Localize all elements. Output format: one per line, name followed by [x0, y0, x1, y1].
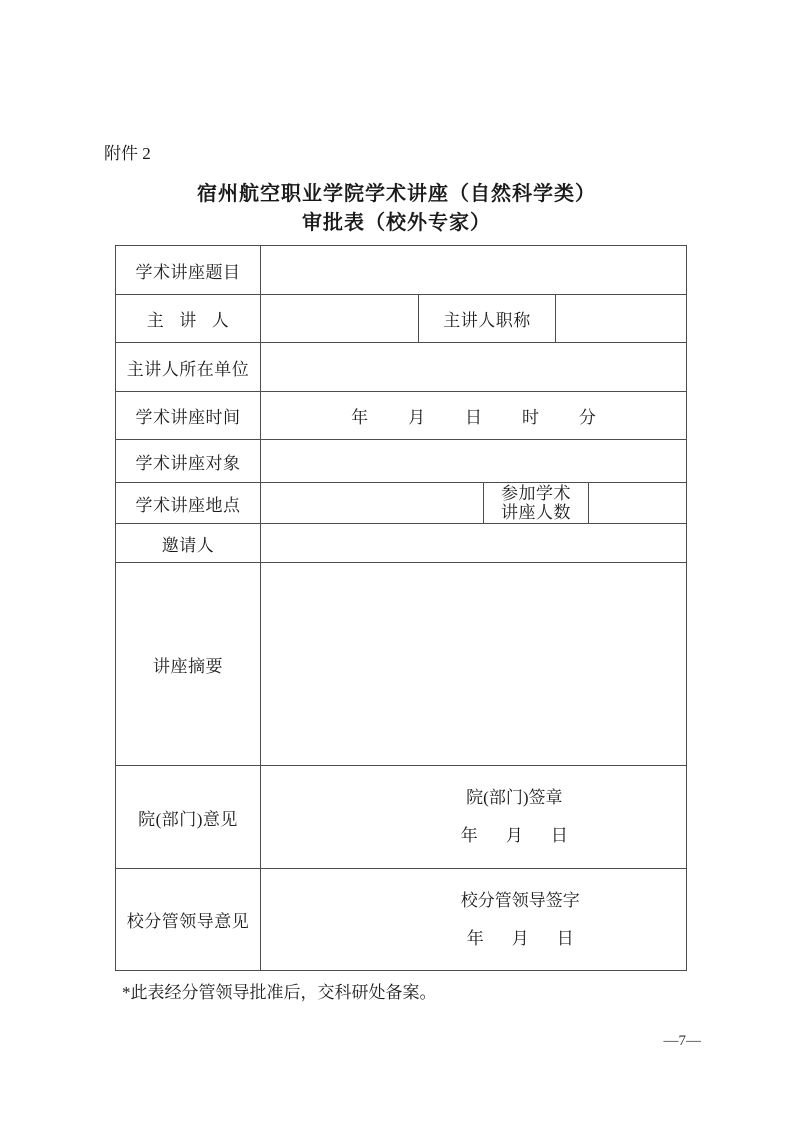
- document-title: 宿州航空职业学院学术讲座（自然科学类） 审批表（校外专家）: [0, 180, 793, 238]
- dept-opinion-field: 院(部门)签章 年 月 日: [261, 766, 687, 869]
- attendees-field: [589, 483, 687, 524]
- speaker-title-label: 主讲人职称: [419, 295, 556, 343]
- dept-sign-block: 院(部门)签章 年 月 日: [461, 788, 568, 846]
- attendees-label-line-2: 讲座人数: [484, 503, 588, 522]
- row-lecture-time: 学术讲座时间 年 月 日 时 分: [116, 392, 687, 440]
- row-lecture-location: 学术讲座地点 参加学术 讲座人数: [116, 483, 687, 524]
- dept-sign-date: 年 月 日: [461, 826, 568, 846]
- row-speaker: 主 讲 人 主讲人职称: [116, 295, 687, 343]
- dept-opinion-label: 院(部门)意见: [116, 766, 261, 869]
- leader-opinion-field: 校分管领导签字 年 月 日: [261, 869, 687, 971]
- leader-sign-label: 校分管领导签字: [461, 891, 580, 911]
- attendees-label: 参加学术 讲座人数: [484, 483, 589, 524]
- lecture-title-field: [261, 246, 687, 295]
- speaker-label: 主 讲 人: [116, 295, 261, 343]
- leader-sign-block: 校分管领导签字 年 月 日: [461, 891, 580, 949]
- speaker-org-label: 主讲人所在单位: [116, 343, 261, 392]
- abstract-label: 讲座摘要: [116, 563, 261, 766]
- lecture-audience-label: 学术讲座对象: [116, 440, 261, 483]
- row-inviter: 邀请人: [116, 524, 687, 563]
- leader-opinion-label: 校分管领导意见: [116, 869, 261, 971]
- row-abstract: 讲座摘要: [116, 563, 687, 766]
- row-dept-opinion: 院(部门)意见 院(部门)签章 年 月 日: [116, 766, 687, 869]
- speaker-field: [261, 295, 419, 343]
- abstract-field: [261, 563, 687, 766]
- lecture-location-label: 学术讲座地点: [116, 483, 261, 524]
- attendees-label-line-1: 参加学术: [484, 484, 588, 503]
- speaker-org-field: [261, 343, 687, 392]
- speaker-title-field: [556, 295, 687, 343]
- footnote: *此表经分管领导批准后，交科研处备案。: [122, 982, 793, 1004]
- row-speaker-org: 主讲人所在单位: [116, 343, 687, 392]
- document-page: 附件 2 宿州航空职业学院学术讲座（自然科学类） 审批表（校外专家） 学术讲座题…: [0, 0, 793, 1122]
- inviter-label: 邀请人: [116, 524, 261, 563]
- row-lecture-title: 学术讲座题目: [116, 246, 687, 295]
- lecture-time-label: 学术讲座时间: [116, 392, 261, 440]
- row-leader-opinion: 校分管领导意见 校分管领导签字 年 月 日: [116, 869, 687, 971]
- lecture-time-field: 年 月 日 时 分: [261, 392, 687, 440]
- leader-sign-date: 年 月 日: [461, 929, 580, 949]
- lecture-audience-field: [261, 440, 687, 483]
- title-line-1: 宿州航空职业学院学术讲座（自然科学类）: [0, 180, 793, 209]
- lecture-title-label: 学术讲座题目: [116, 246, 261, 295]
- lecture-location-field: [261, 483, 484, 524]
- dept-sign-label: 院(部门)签章: [461, 788, 568, 808]
- approval-form-table: 学术讲座题目 主 讲 人 主讲人职称 主讲人所在单位 学术讲座时间 年 月 日 …: [115, 245, 687, 971]
- inviter-field: [261, 524, 687, 563]
- title-line-2: 审批表（校外专家）: [0, 209, 793, 238]
- attachment-label: 附件 2: [104, 144, 793, 164]
- row-lecture-audience: 学术讲座对象: [116, 440, 687, 483]
- page-number: —7—: [664, 1033, 702, 1050]
